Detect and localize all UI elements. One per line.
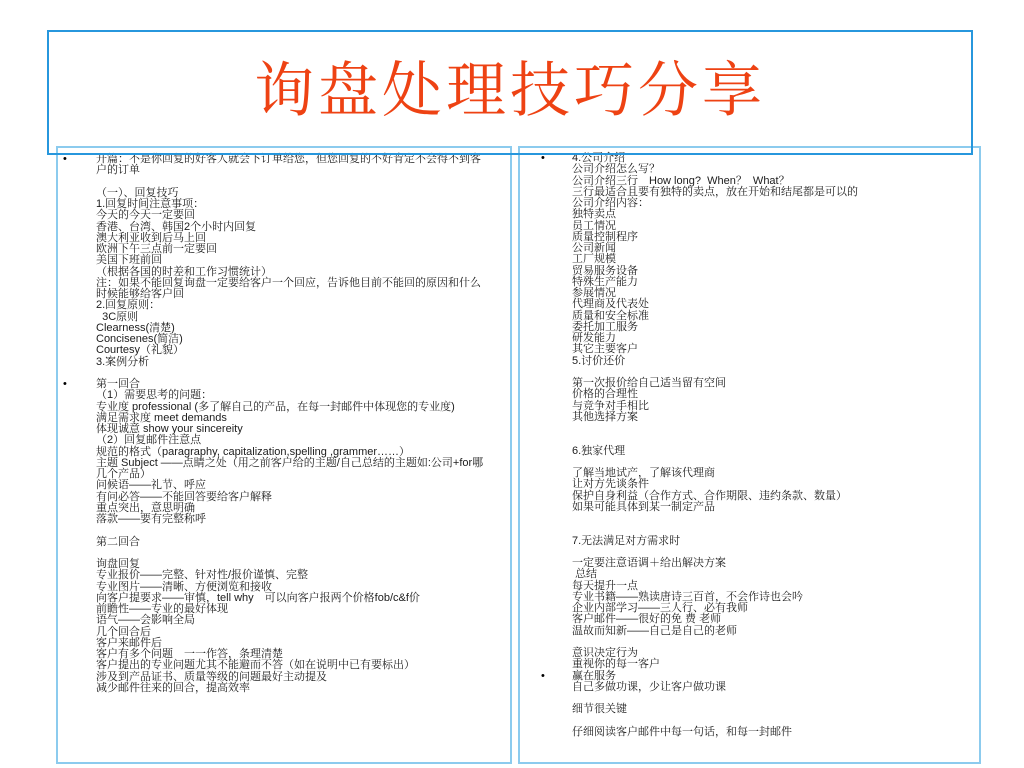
bullet-icon: • [541,671,545,682]
text-line: （1）需要思考的问题： [96,390,504,401]
text-block: •赢在服务自己多做功课，少让客户做功课细节很关键仔细阅读客户邮件中每一句话，和每… [572,671,973,739]
text-line: 公司介绍怎么写？ [572,164,973,175]
text-line: 公司介绍内容： [572,198,973,209]
left-text-box: •开篇：不是你回复的好客人就会下订单给您，但您回复的不好肯定不会得不到客户的订单… [56,146,512,764]
text-line [96,548,504,559]
text-line [572,693,973,704]
text-line: 仔细阅读客户邮件中每一句话，和每一封邮件 [572,727,973,738]
text-line: 专业报价——完整、针对性/报价谨慎、完整 [96,570,504,581]
right-text-box: •4.公司介绍公司介绍怎么写？公司介绍三行 How long? When？ Wh… [518,146,981,764]
text-line: 第二回合 [96,537,504,548]
text-line: 户的订单 [96,165,504,176]
text-line [572,524,973,535]
text-line: 自己多做功课，少让客户做功课 [572,682,973,693]
text-line: 总结 [572,569,973,580]
text-line [96,368,504,379]
text-line: 2.回复原则： [96,300,504,311]
text-line: 重视你的每一客户 [572,659,973,670]
text-line: 美国下班前回 [96,255,504,266]
text-line: 6.独家代理 [572,446,973,457]
text-block: •第一回合（1）需要思考的问题：专业度 professional (多了解自己的… [96,379,504,694]
text-line: 落款——要有完整称呼 [96,514,504,525]
text-line [572,513,973,524]
text-line: 今天的今天一定要回 [96,210,504,221]
text-line: 3.案例分析 [96,357,504,368]
text-line: 客户提出的专业问题尤其不能避而不答（如在说明中已有要标出） [96,660,504,671]
text-line: 工厂规模 [572,254,973,265]
text-line: 如果可能具体到某一制定产品 [572,502,973,513]
text-line: 委托加工服务 [572,322,973,333]
text-line: 让对方先谈条件 [572,479,973,490]
text-line: 减少邮件往来的回合，提高效率 [96,683,504,694]
text-line: Courtesy（礼貌） [96,345,504,356]
text-line: 公司新闻 [572,243,973,254]
title-box: 询盘处理技巧分享 [47,30,973,155]
text-line: 客户邮件——很好的免 费 老师 [572,614,973,625]
text-line: 独特卖点 [572,209,973,220]
text-line: 语气——会影响全局 [96,615,504,626]
text-line: 其它主要客户 [572,344,973,355]
text-line: 5.讨价还价 [572,356,973,367]
text-line: 开篇：不是你回复的好客人就会下订单给您，但您回复的不好肯定不会得不到客 [96,154,504,165]
presentation-slide: 询盘处理技巧分享 •开篇：不是你回复的好客人就会下订单给您，但您回复的不好肯定不… [0,0,1024,768]
text-line [96,525,504,536]
text-block: •开篇：不是你回复的好客人就会下订单给您，但您回复的不好肯定不会得不到客户的订单… [96,154,504,379]
text-line [572,423,973,434]
text-line: 细节很关键 [572,704,973,715]
text-line: 温故而知新——自己是自己的老师 [572,626,973,637]
left-column-content: •开篇：不是你回复的好客人就会下订单给您，但您回复的不好肯定不会得不到客户的订单… [58,148,510,762]
text-line: （2）回复邮件注意点 [96,435,504,446]
text-line: 价格的合理性 [572,389,973,400]
text-block: •4.公司介绍公司介绍怎么写？公司介绍三行 How long? When？ Wh… [572,153,973,671]
text-line [572,434,973,445]
text-line: 特殊生产能力 [572,277,973,288]
bullet-icon: • [63,154,67,165]
text-line: 问候语——礼节、呼应 [96,480,504,491]
text-line: 7.无法满足对方需求时 [572,536,973,547]
text-line: 质量控制程序 [572,232,973,243]
text-line: 其他选择方案 [572,412,973,423]
right-column-content: •4.公司介绍公司介绍怎么写？公司介绍三行 How long? When？ Wh… [520,148,979,762]
bullet-icon: • [63,379,67,390]
slide-title: 询盘处理技巧分享 [254,61,766,121]
text-line: 一定要注意语调＋给出解决方案 [572,558,973,569]
text-line: 主题 Subject ——点睛之处（用之前客户给的主题/自己总结的主题如:公司+… [96,458,504,469]
text-line: 代理商及代表处 [572,299,973,310]
